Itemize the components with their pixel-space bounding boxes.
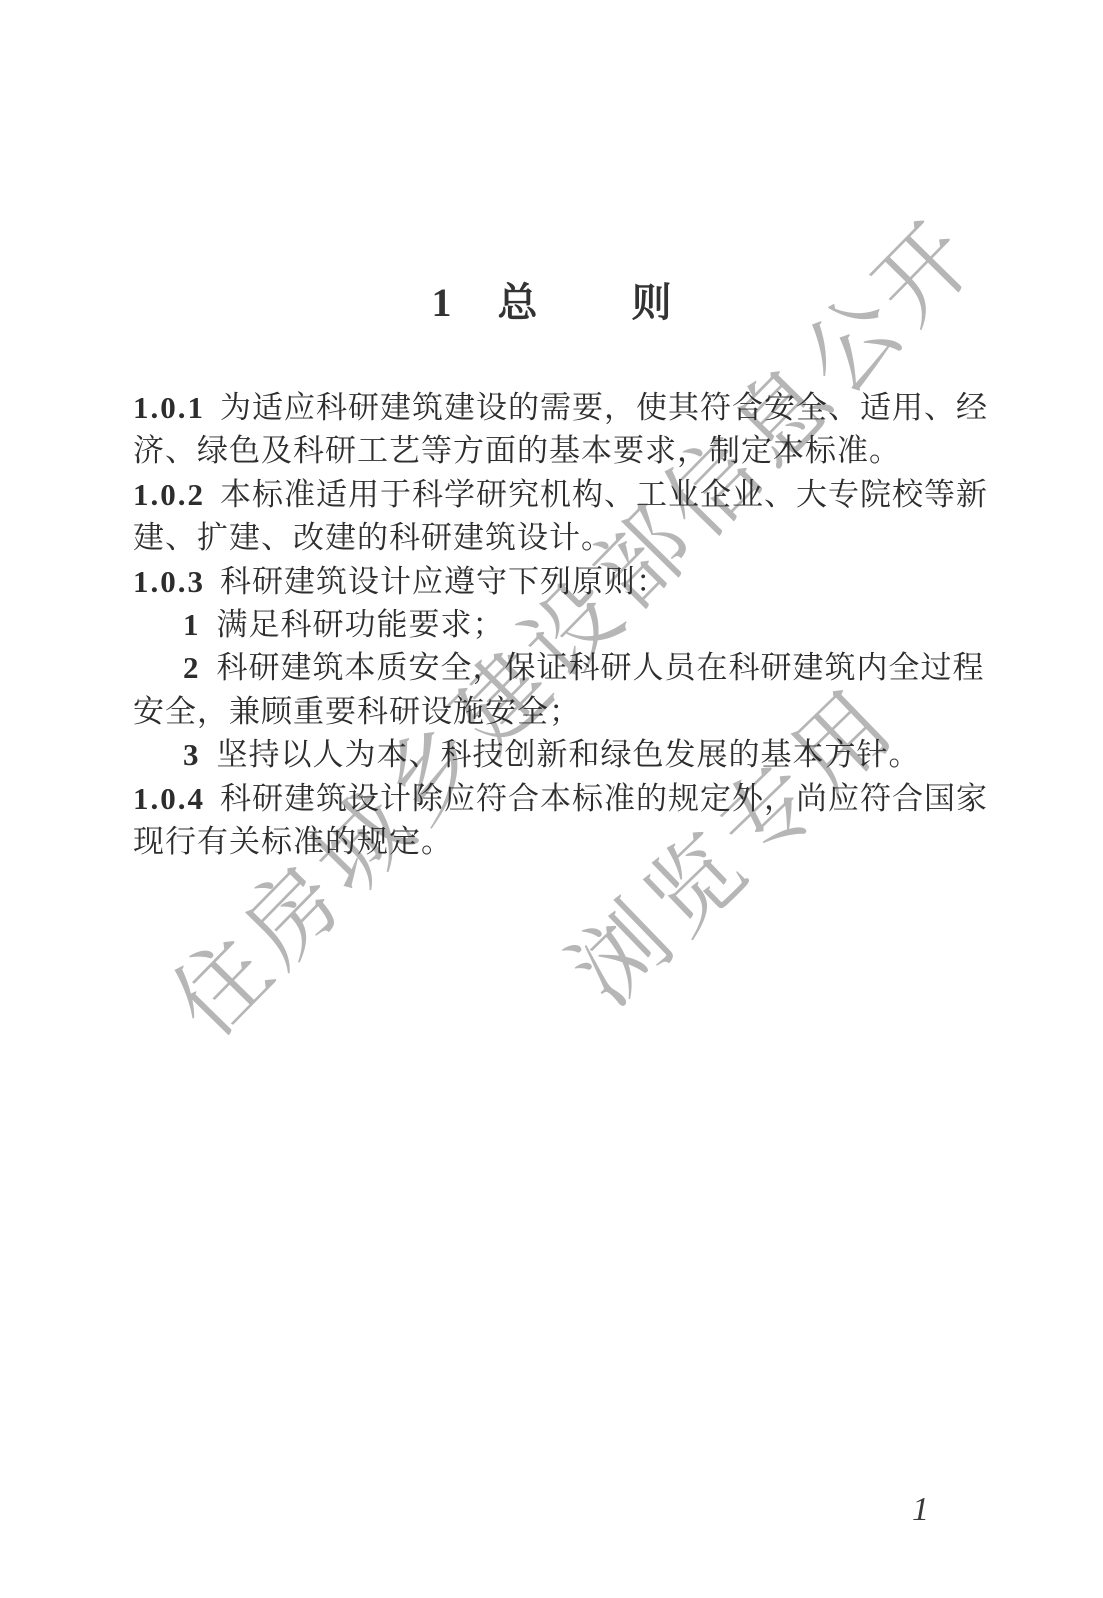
body-text: 1.0.1为适应科研建筑建设的需要，使其符合安全、适用、经济、绿色及科研工艺等方… bbox=[133, 386, 981, 863]
chapter-number: 1 bbox=[432, 280, 452, 325]
line-text: 本标准适用于科学研究机构、工业企业、大专院校等新 bbox=[220, 477, 988, 512]
continuation-line: 济、绿色及科研工艺等方面的基本要求，制定本标准。 bbox=[133, 429, 981, 472]
line-text: 安全，兼顾重要科研设施安全； bbox=[133, 694, 581, 729]
item-line: 1满足科研功能要求； bbox=[133, 603, 981, 646]
line-text: 科研建筑本质安全，保证科研人员在科研建筑内全过程 bbox=[217, 650, 985, 685]
line-text: 科研建筑设计应遵守下列原则： bbox=[220, 564, 668, 599]
page-number: 1 bbox=[912, 1491, 929, 1529]
page-content: 1 总 则 1.0.1为适应科研建筑建设的需要，使其符合安全、适用、经济、绿色及… bbox=[0, 0, 1103, 1598]
clause-line: 1.0.3科研建筑设计应遵守下列原则： bbox=[133, 560, 981, 603]
line-text: 科研建筑设计除应符合本标准的规定外，尚应符合国家 bbox=[220, 781, 988, 816]
item-line: 2科研建筑本质安全，保证科研人员在科研建筑内全过程 bbox=[133, 646, 981, 689]
chapter-title: 1 总 则 bbox=[0, 271, 1103, 328]
line-text: 现行有关标准的规定。 bbox=[133, 824, 453, 859]
chapter-title-char-2: 则 bbox=[632, 280, 672, 325]
clause-number: 1.0.2 bbox=[133, 477, 205, 512]
continuation-line: 安全，兼顾重要科研设施安全； bbox=[133, 690, 981, 733]
item-number: 1 bbox=[183, 607, 199, 642]
line-text: 坚持以人为本、科技创新和绿色发展的基本方针。 bbox=[217, 737, 921, 772]
clause-line: 1.0.4科研建筑设计除应符合本标准的规定外，尚应符合国家 bbox=[133, 777, 981, 820]
clause-number: 1.0.4 bbox=[133, 781, 205, 816]
line-text: 建、扩建、改建的科研建筑设计。 bbox=[133, 520, 613, 555]
line-text: 为适应科研建筑建设的需要，使其符合安全、适用、经 bbox=[220, 390, 988, 425]
chapter-title-char-1: 总 bbox=[498, 280, 538, 325]
item-number: 3 bbox=[183, 737, 199, 772]
clause-number: 1.0.1 bbox=[133, 390, 205, 425]
continuation-line: 现行有关标准的规定。 bbox=[133, 820, 981, 863]
line-text: 满足科研功能要求； bbox=[217, 607, 505, 642]
continuation-line: 建、扩建、改建的科研建筑设计。 bbox=[133, 516, 981, 559]
clause-line: 1.0.2本标准适用于科学研究机构、工业企业、大专院校等新 bbox=[133, 473, 981, 516]
clause-line: 1.0.1为适应科研建筑建设的需要，使其符合安全、适用、经 bbox=[133, 386, 981, 429]
line-text: 济、绿色及科研工艺等方面的基本要求，制定本标准。 bbox=[133, 433, 901, 468]
item-line: 3坚持以人为本、科技创新和绿色发展的基本方针。 bbox=[133, 733, 981, 776]
document-page: 住房城乡建设部信息公开 浏览专用 1 总 则 1.0.1为适应科研建筑建设的需要… bbox=[0, 0, 1103, 1598]
clause-number: 1.0.3 bbox=[133, 564, 205, 599]
item-number: 2 bbox=[183, 650, 199, 685]
